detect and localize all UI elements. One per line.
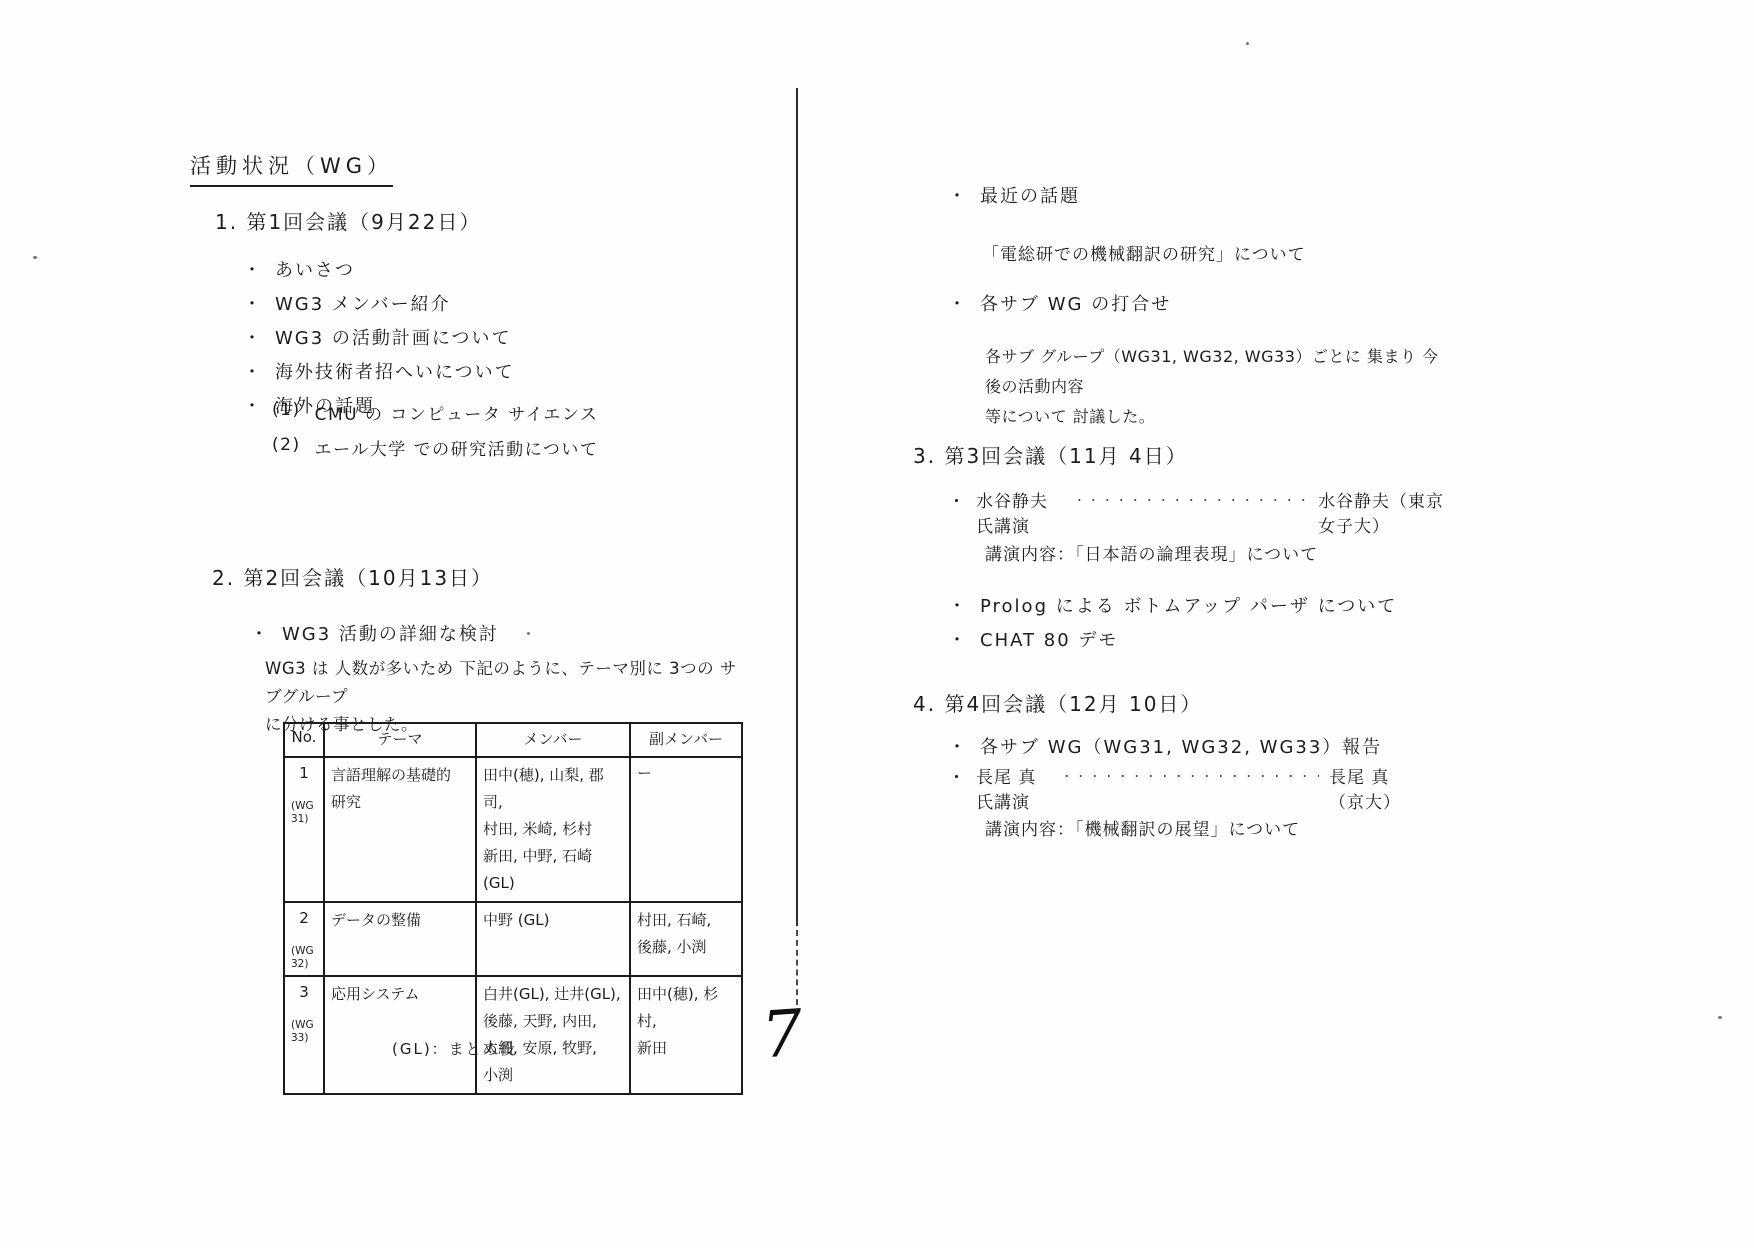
bullet-icon: ・ — [948, 290, 968, 316]
cell-members: 田中(穂), 山梨, 郡司, 村田, 米崎, 杉村 新田, 中野, 石崎(GL) — [476, 757, 630, 902]
bullet-icon: ・ — [948, 592, 968, 618]
meeting4-report-item: ・ 各サブ WG（WG31, WG32, WG33）報告 — [948, 733, 1382, 759]
list-item-label: エール大学 での研究活動について — [315, 435, 599, 460]
scanned-document-page: 活動状況（WG） 1. 第1回会議（9月22日） ・ あいさつ ・ WG3 メン… — [0, 0, 1754, 1248]
page-fold-line — [796, 88, 798, 926]
list-item-label: CMU の コンピュータ サイエンス — [315, 400, 599, 425]
meeting2-topic: ・ WG3 活動の詳細な検討 — [250, 620, 499, 646]
meeting4-heading: 4. 第4回会議（12月 10日） — [913, 688, 1202, 717]
lecture-speaker: 水谷静夫（東京女子大） — [1318, 487, 1456, 537]
list-item: (2) エール大学 での研究活動について — [272, 435, 598, 460]
column-header-no: No. — [284, 723, 324, 757]
meeting3-lecture-content: 講演内容：「日本語の論理表現」について — [985, 540, 1318, 565]
meeting3-item-list: ・ Prolog による ボトムアップ パーザ について ・ CHAT 80 デ… — [948, 592, 1397, 660]
cell-theme: 言語理解の基礎的 研究 — [324, 757, 476, 902]
table-row: 2 (WG 32) データの整備 中野 (GL) 村田, 石崎, 後藤, 小渕 — [284, 902, 742, 976]
table-header-row: No. テーマ メンバー 副メンバー — [284, 723, 742, 757]
list-item-label: WG3 活動の詳細な検討 — [282, 620, 499, 646]
bullet-icon: ・ — [243, 256, 263, 282]
cell-members: 中野 (GL) — [476, 902, 630, 976]
list-item: ・ Prolog による ボトムアップ パーザ について — [948, 592, 1397, 618]
recent-topics-item: ・ 最近の話題 — [948, 182, 1080, 208]
table-row: 3 (WG 33) 応用システム 白井(GL), 辻井(GL), 後藤, 天野,… — [284, 976, 742, 1094]
bullet-icon: ・ — [243, 392, 263, 418]
bullet-icon: ・ — [243, 358, 263, 384]
cell-no: 1 (WG 31) — [284, 757, 324, 902]
bullet-icon: ・ — [948, 626, 968, 652]
list-item-label: あいさつ — [275, 256, 355, 282]
row-number: 1 — [291, 764, 317, 782]
scan-speck — [527, 632, 530, 635]
list-item-label: WG3 メンバー紹介 — [275, 290, 451, 316]
list-item-label: CHAT 80 デモ — [980, 626, 1118, 652]
column-header-members: メンバー — [476, 723, 630, 757]
cell-no: 2 (WG 32) — [284, 902, 324, 976]
list-item-label: 各サブ WG（WG31, WG32, WG33）報告 — [980, 733, 1382, 759]
lecture-label: 水谷静夫氏講演 — [976, 487, 1064, 537]
list-item: (1) CMU の コンピュータ サイエンス — [272, 400, 598, 425]
list-item: ・ 海外技術者招へいについて — [243, 358, 515, 384]
item-number: (1) — [272, 400, 301, 425]
list-item-label: 最近の話題 — [980, 182, 1080, 208]
cell-members: 白井(GL), 辻井(GL), 後藤, 天野, 内田, 太細, 安原, 牧野, … — [476, 976, 630, 1094]
list-item: ・ WG3 の活動計画について — [243, 324, 515, 350]
document-title: 活動状況（WG） — [190, 150, 393, 187]
item-number: (2) — [272, 435, 301, 460]
list-item-label: 各サブ WG の打合せ — [980, 290, 1171, 316]
row-number: 2 — [291, 909, 317, 927]
cell-sub-members: 田中(穂), 杉村, 新田 — [630, 976, 742, 1094]
cell-sub-members: 村田, 石崎, 後藤, 小渕 — [630, 902, 742, 976]
cell-sub-members: ー — [630, 757, 742, 902]
meeting4-lecture-line: ・ 長尾 真氏講演 ・・・・・・・・・・・・・・・・・・・・・・・・・・・・ 長… — [948, 763, 1416, 813]
meeting4-lecture-content: 講演内容：「機械翻訳の展望」について — [985, 815, 1300, 840]
sub-wg-meeting-item: ・ 各サブ WG の打合せ — [948, 290, 1171, 316]
page-number: 7 — [759, 997, 805, 1074]
cell-theme: 応用システム — [324, 976, 476, 1094]
scan-speck — [33, 256, 37, 259]
column-header-theme: テーマ — [324, 723, 476, 757]
list-item: ・ あいさつ — [243, 256, 515, 282]
cell-no: 3 (WG 33) — [284, 976, 324, 1094]
wg-code: (WG 32) — [291, 945, 317, 971]
meeting2-heading: 2. 第2回会議（10月13日） — [212, 562, 493, 591]
meeting1-heading: 1. 第1回会議（9月22日） — [215, 206, 481, 235]
bullet-icon: ・ — [250, 620, 270, 646]
bullet-icon: ・ — [243, 324, 263, 350]
row-number: 3 — [291, 983, 317, 1001]
leader-dots: ・・・・・・・・・・・・・・・・・・・・・・・・ — [1074, 492, 1308, 508]
bullet-icon: ・ — [948, 763, 966, 788]
table-row: 1 (WG 31) 言語理解の基礎的 研究 田中(穂), 山梨, 郡司, 村田,… — [284, 757, 742, 902]
cell-theme: データの整備 — [324, 902, 476, 976]
lecture-speaker: 長尾 真（京大） — [1329, 763, 1416, 813]
recent-topics-detail: 「電総研での機械翻訳の研究」について — [982, 240, 1306, 265]
bullet-icon: ・ — [948, 182, 968, 208]
table-footnote: (GL)：まとめ役 — [392, 1038, 517, 1059]
scan-speck — [1246, 42, 1249, 45]
bullet-icon: ・ — [948, 733, 968, 759]
wg-code: (WG 33) — [291, 1019, 317, 1045]
column-header-sub-members: 副メンバー — [630, 723, 742, 757]
list-item: ・ WG3 メンバー紹介 — [243, 290, 515, 316]
wg-code: (WG 31) — [291, 800, 317, 826]
list-item-label: 海外技術者招へいについて — [275, 358, 515, 384]
sub-wg-meeting-detail: 各サブ グループ（WG31, WG32, WG33）ごとに 集まり 今後の活動内… — [985, 342, 1455, 432]
meeting3-heading: 3. 第3回会議（11月 4日） — [913, 440, 1188, 469]
list-item-label: WG3 の活動計画について — [275, 324, 512, 350]
scan-speck — [1718, 1016, 1722, 1019]
bullet-icon: ・ — [243, 290, 263, 316]
lecture-label: 長尾 真氏講演 — [976, 763, 1051, 813]
list-item: ・ CHAT 80 デモ — [948, 626, 1397, 652]
bullet-icon: ・ — [948, 487, 966, 512]
leader-dots: ・・・・・・・・・・・・・・・・・・・・・・・・・・・・ — [1061, 768, 1319, 784]
overseas-topics-list: (1) CMU の コンピュータ サイエンス (2) エール大学 での研究活動に… — [272, 400, 598, 470]
list-item-label: Prolog による ボトムアップ パーザ について — [980, 592, 1397, 618]
meeting3-lecture-line: ・ 水谷静夫氏講演 ・・・・・・・・・・・・・・・・・・・・・・・・ 水谷静夫（… — [948, 487, 1456, 537]
